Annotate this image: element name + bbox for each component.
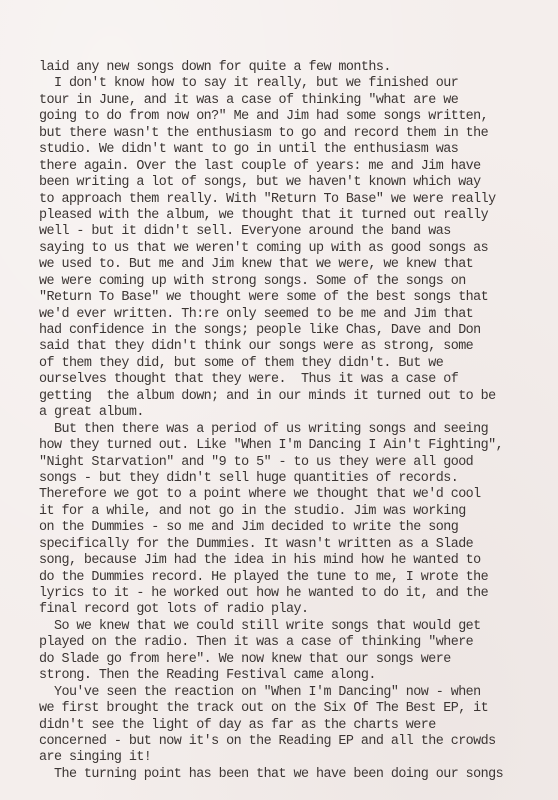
text-line: pleased with the album, we thought that … (39, 208, 558, 224)
text-line: but there wasn't the enthusiasm to go an… (39, 126, 558, 142)
text-line: of them they did, but some of them they … (39, 356, 558, 372)
text-line: we first brought the track out on the Si… (39, 701, 558, 717)
text-line: songs - but they didn't sell huge quanti… (39, 471, 558, 487)
text-line: we were coming up with strong songs. Som… (39, 274, 558, 290)
text-line: do the Dummies record. He played the tun… (39, 570, 558, 586)
text-line: well - but it didn't sell. Everyone arou… (39, 224, 558, 240)
text-line: didn't see the light of day as far as th… (39, 718, 558, 734)
text-line: to approach them really. With "Return To… (39, 192, 558, 208)
text-line: we used to. But me and Jim knew that we … (39, 257, 558, 273)
text-line: song, because Jim had the idea in his mi… (39, 553, 558, 569)
text-line: are singing it! (39, 750, 558, 766)
text-line: ourselves thought that they were. Thus i… (39, 372, 558, 388)
text-line: I don't know how to say it really, but w… (39, 76, 558, 92)
text-line: The turning point has been that we have … (39, 767, 558, 783)
text-line: specifically for the Dummies. It wasn't … (39, 537, 558, 553)
text-line: "Night Starvation" and "9 to 5" - to us … (39, 455, 558, 471)
text-line: do Slade go from here". We now knew that… (39, 652, 558, 668)
text-line: studio. We didn't want to go in until th… (39, 142, 558, 158)
text-line: strong. Then the Reading Festival came a… (39, 668, 558, 684)
text-line: we'd ever written. Th:re only seemed to … (39, 307, 558, 323)
typewritten-text-body: laid any new songs down for quite a few … (39, 60, 558, 783)
text-line: concerned - but now it's on the Reading … (39, 734, 558, 750)
text-line: Therefore we got to a point where we tho… (39, 487, 558, 503)
text-line: how they turned out. Like "When I'm Danc… (39, 438, 558, 454)
text-line: laid any new songs down for quite a few … (39, 60, 558, 76)
text-line: getting the album down; and in our minds… (39, 389, 558, 405)
text-line: on the Dummies - so me and Jim decided t… (39, 520, 558, 536)
text-line: tour in June, and it was a case of think… (39, 93, 558, 109)
text-line: You've seen the reaction on "When I'm Da… (39, 685, 558, 701)
text-line: been writing a lot of songs, but we have… (39, 175, 558, 191)
text-line: "Return To Base" we thought were some of… (39, 290, 558, 306)
text-line: saying to us that we weren't coming up w… (39, 241, 558, 257)
text-line: lyrics to it - he worked out how he want… (39, 586, 558, 602)
text-line: played on the radio. Then it was a case … (39, 635, 558, 651)
typewritten-page: laid any new songs down for quite a few … (0, 0, 558, 800)
text-line: going to do from now on?" Me and Jim had… (39, 109, 558, 125)
text-line: there again. Over the last couple of yea… (39, 159, 558, 175)
text-line: So we knew that we could still write son… (39, 619, 558, 635)
text-line: it for a while, and not go in the studio… (39, 504, 558, 520)
text-line: a great album. (39, 405, 558, 421)
text-line: final record got lots of radio play. (39, 602, 558, 618)
text-line: said that they didn't think our songs we… (39, 339, 558, 355)
text-line: But then there was a period of us writin… (39, 422, 558, 438)
text-line: had confidence in the songs; people like… (39, 323, 558, 339)
